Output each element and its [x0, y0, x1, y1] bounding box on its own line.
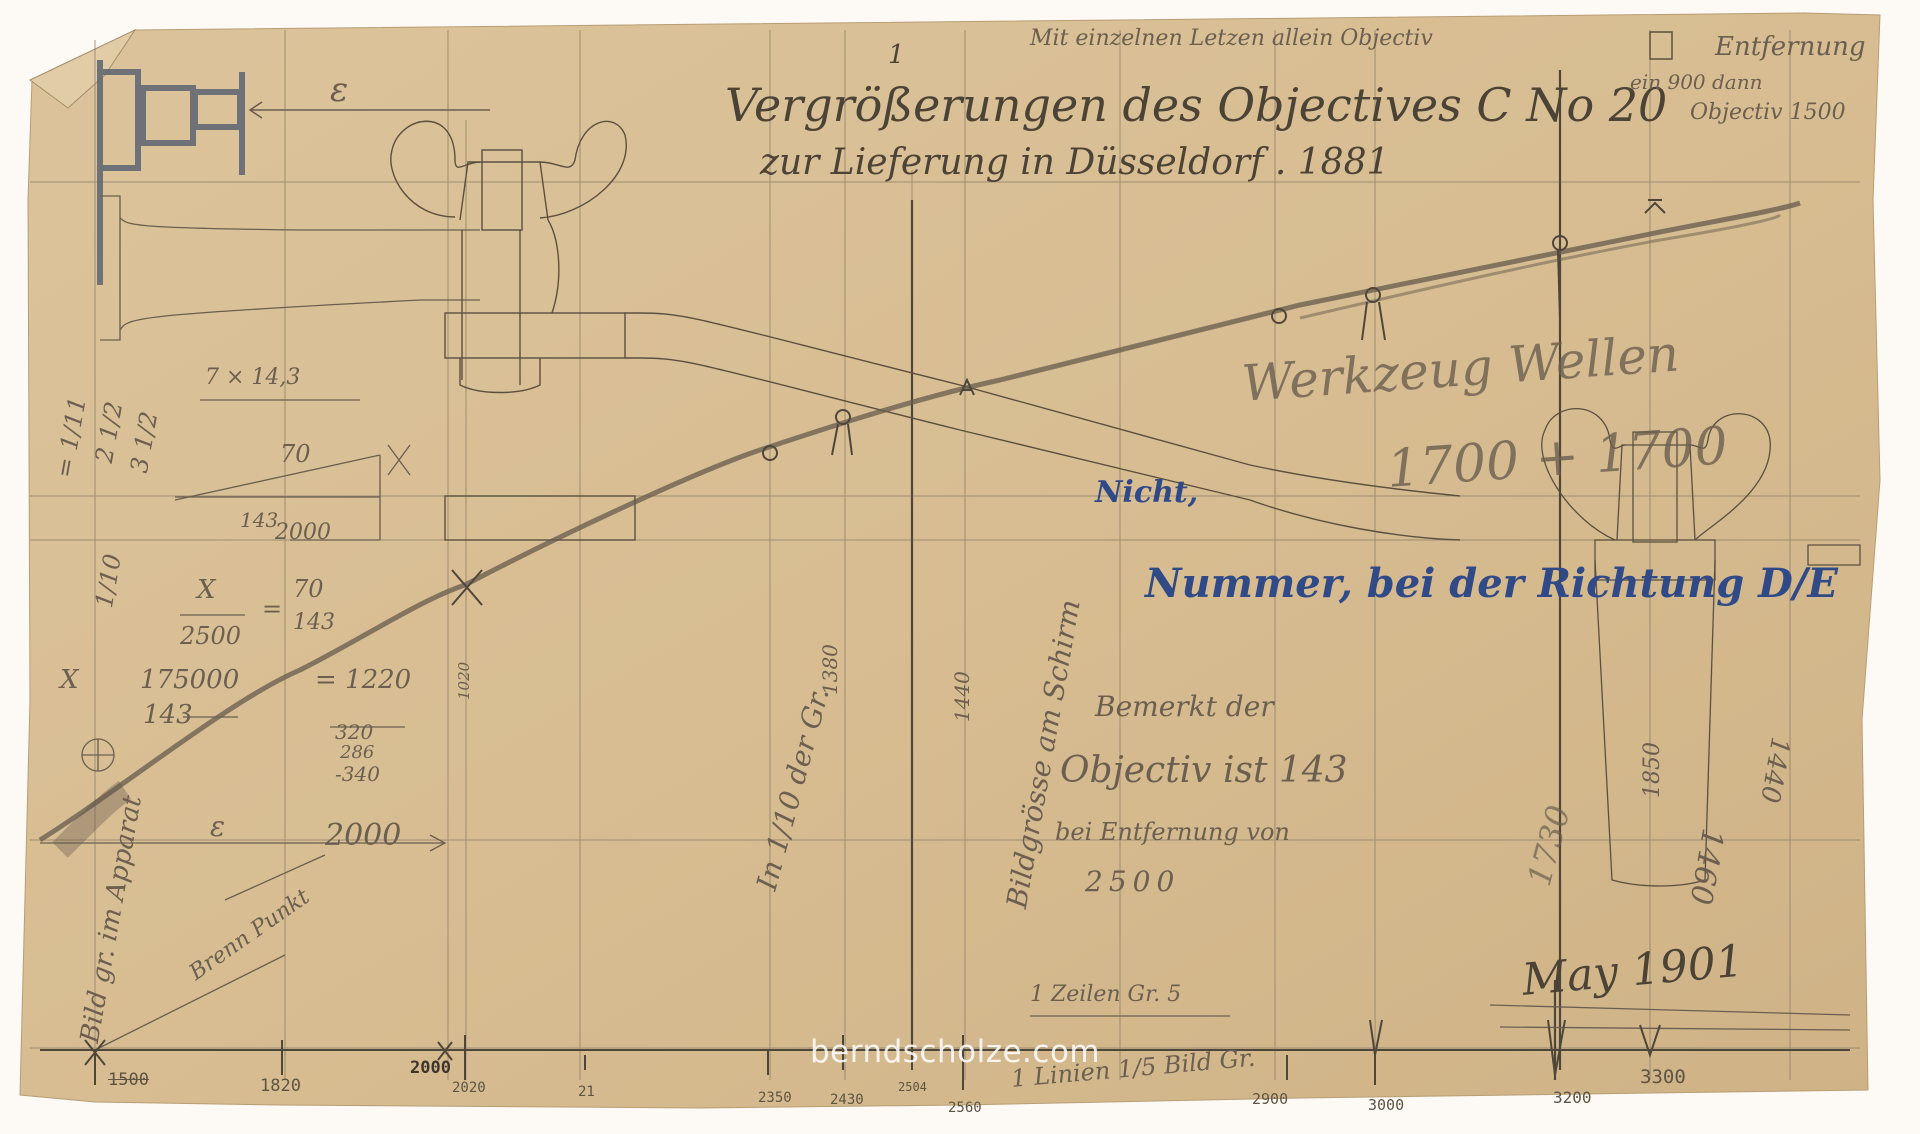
- calc-70b: 70: [293, 575, 324, 603]
- axis-tick-2020: 2020: [452, 1080, 486, 1096]
- calc-175000: 175000: [140, 665, 239, 695]
- top-right-note-line4: Objectiv 1500: [1690, 100, 1846, 125]
- blue-note-line1: Nicht,: [1095, 475, 1198, 510]
- axis-tick-21: 21: [578, 1084, 595, 1100]
- note-bemerkt-line1: Bemerkt der: [1095, 690, 1274, 723]
- vertical-value-1380: 1380: [818, 644, 842, 695]
- watermark: berndscholze.com: [810, 1034, 1100, 1070]
- epsilon-label-bottom: ε: [210, 810, 225, 843]
- calc-7x143: 7 × 14,3: [205, 365, 300, 390]
- bottom-zeilen-note: 1 Zeilen Gr. 5: [1030, 982, 1181, 1007]
- axis-tick-2504: 2504: [898, 1080, 927, 1094]
- axis-tick-1500: 1500: [108, 1070, 149, 1090]
- calc-x2: X: [60, 665, 79, 695]
- vertical-value-1020: 1020: [455, 662, 473, 700]
- axis-tick-3300: 3300: [1640, 1066, 1686, 1088]
- note-bemerkt-line3: bei Entfernung von: [1055, 818, 1290, 846]
- drawing-title-line2: zur Lieferung in Düsseldorf . 1881: [760, 142, 1389, 183]
- drawing-title-line1: Vergrößerungen des Objectives C No 20: [725, 78, 1667, 132]
- axis-tick-2430: 2430: [830, 1092, 864, 1108]
- top-right-note-line3: ein 900 dann: [1630, 70, 1763, 94]
- calc-320: 320: [335, 720, 373, 744]
- calc-143b: 143: [293, 610, 335, 635]
- axis-tick-2900: 2900: [1252, 1090, 1288, 1108]
- dimension-2000: 2000: [325, 818, 401, 853]
- top-right-note-line1: Mit einzelnen Letzen allein Objectiv: [1030, 26, 1433, 51]
- note-bemerkt-line4: 2500: [1085, 865, 1180, 898]
- title-marker: 1: [888, 40, 905, 70]
- axis-tick-3200: 3200: [1553, 1088, 1592, 1107]
- axis-tick-2350: 2350: [758, 1090, 792, 1106]
- blue-note-line2: Nummer, bei der Richtung D/E: [1145, 560, 1838, 607]
- note-bemerkt-line2: Objectiv ist 143: [1060, 750, 1348, 791]
- epsilon-label-top: ε: [330, 70, 348, 110]
- top-right-note-line2: Entfernung: [1715, 32, 1866, 62]
- calc-143c: 143: [143, 700, 193, 730]
- calc-340: -340: [335, 762, 380, 786]
- calc-equals: =: [262, 595, 282, 623]
- calc-2000: 2000: [275, 520, 331, 545]
- calc-70: 70: [280, 440, 311, 468]
- axis-tick-1820: 1820: [260, 1076, 301, 1096]
- calc-1220: = 1220: [315, 665, 411, 695]
- calc-143: 143: [240, 508, 278, 532]
- calc-x: X: [197, 575, 216, 605]
- axis-tick-2560: 2560: [948, 1100, 982, 1116]
- calc-2500: 2500: [180, 622, 241, 650]
- vertical-value-1440: 1440: [950, 671, 974, 722]
- calc-286: 286: [340, 742, 374, 763]
- axis-tick-3000: 3000: [1368, 1096, 1404, 1114]
- axis-tick-2000: 2000: [410, 1058, 451, 1078]
- vertical-value-1850: 1850: [1640, 742, 1665, 798]
